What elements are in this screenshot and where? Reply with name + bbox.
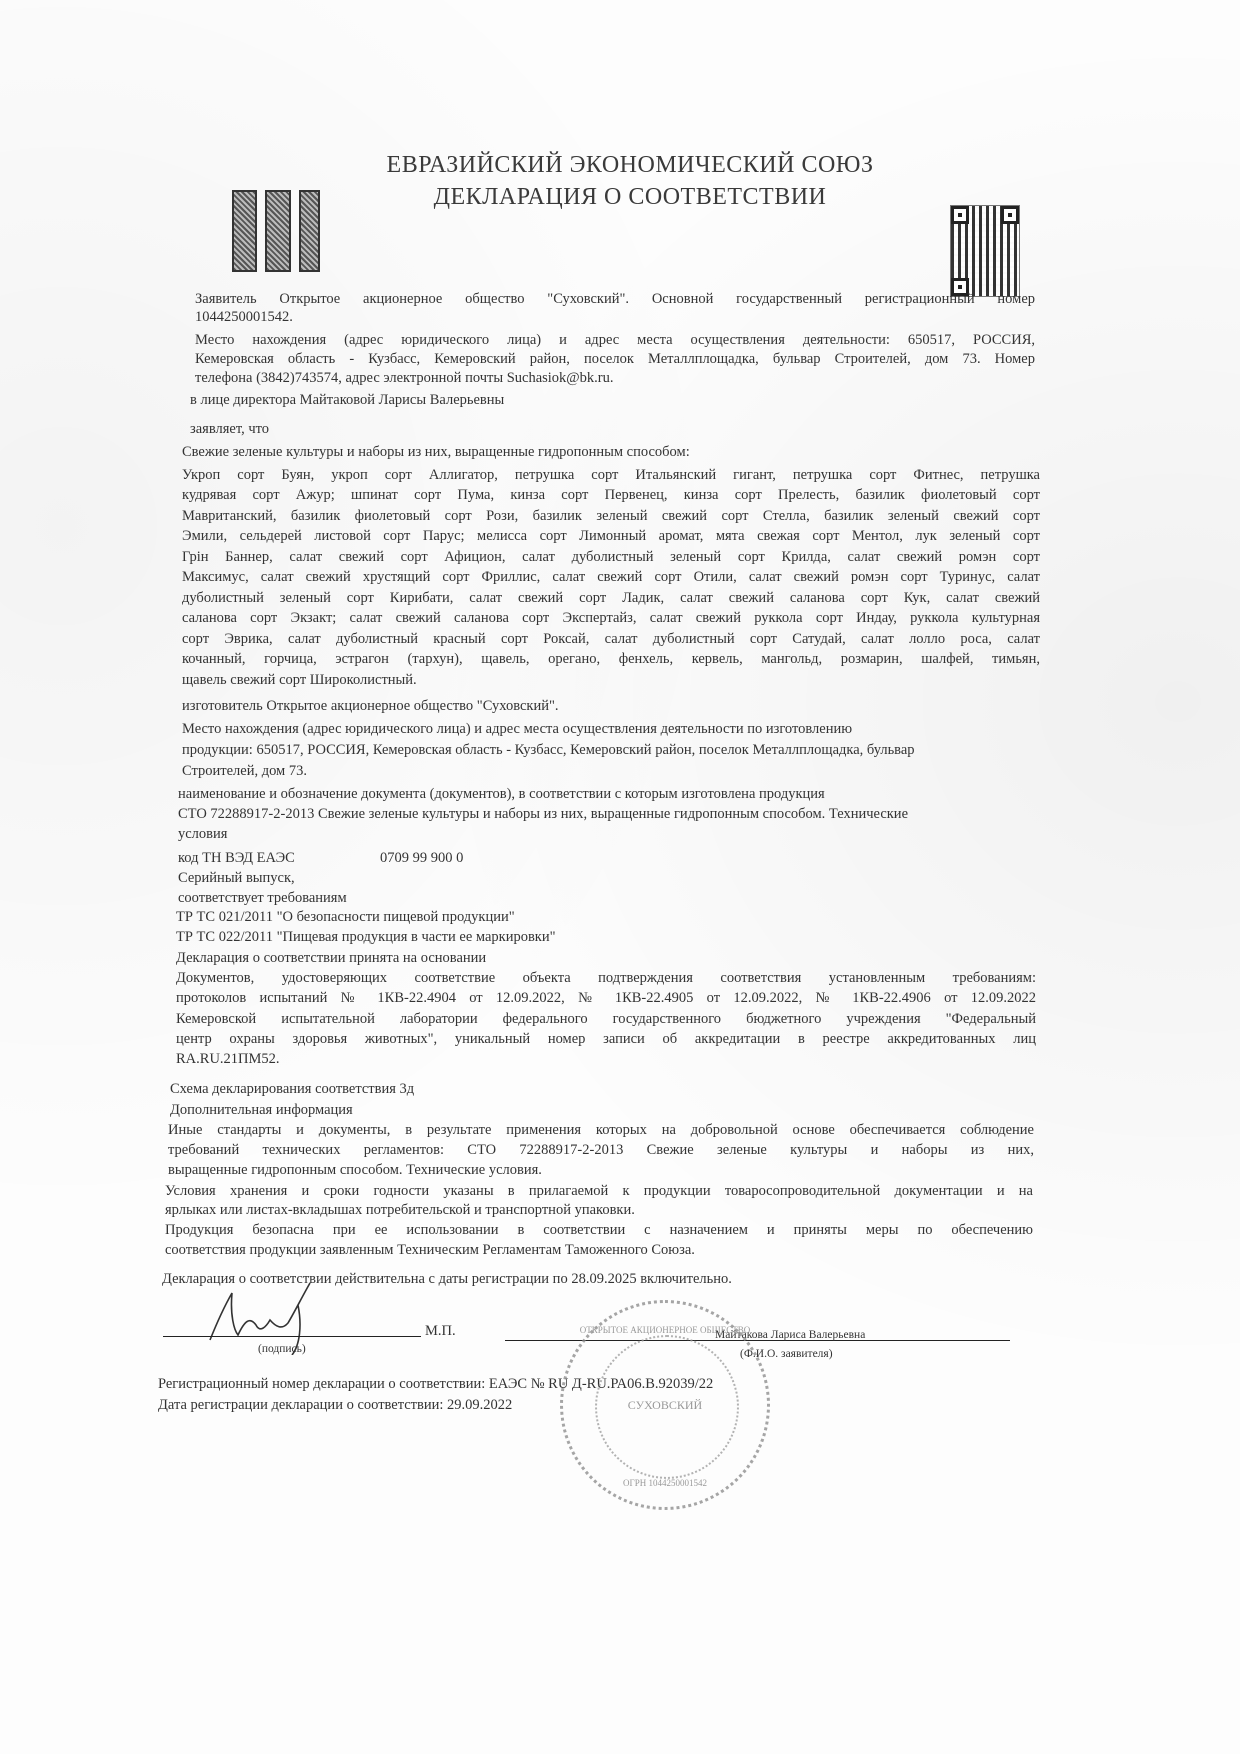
tn-ved-label: код ТН ВЭД ЕАЭС — [178, 849, 295, 867]
product-line: саланова сорт Экзакт; салат свежий салан… — [182, 609, 1040, 627]
stamp-text-top: ОТКРЫТОЕ АКЦИОНЕРНОЕ ОБЩЕСТВО — [563, 1325, 767, 1335]
signature-caption: (подпись) — [258, 1340, 306, 1358]
stamp-text-bottom: ОГРН 1044250001542 — [563, 1478, 767, 1488]
declaration-page: ЕВРАЗИЙСКИЙ ЭКОНОМИЧЕСКИЙ СОЮЗ ДЕКЛАРАЦИ… — [0, 0, 1240, 1754]
product-line: дуболистный зеленый сорт Кирибати, салат… — [182, 589, 1040, 607]
standard-document-end: условия — [178, 825, 227, 843]
additional-line: выращенные гидропонным способом. Техниче… — [168, 1161, 542, 1179]
additional-heading: Дополнительная информация — [170, 1101, 353, 1119]
seal-label: М.П. — [425, 1322, 456, 1340]
basis-line: центр охраны здоровья животных", уникаль… — [176, 1030, 1036, 1048]
applicant-address-2: Кемеровская область - Кузбасс, Кемеровск… — [195, 350, 1035, 368]
product-line: Максимус, салат свежий хрустящий сорт Фр… — [182, 568, 1040, 586]
product-line: Грін Баннер, салат свежий сорт Афицион, … — [182, 548, 1040, 566]
additional-line: Продукция безопасна при ее использовании… — [165, 1221, 1033, 1239]
qr-code-icon — [950, 205, 1020, 297]
declaration-scheme: Схема декларирования соответствия 3д — [170, 1080, 414, 1098]
additional-line: Условия хранения и сроки годности указан… — [165, 1182, 1033, 1200]
standard-document: СТО 72288917-2-2013 Свежие зеленые культ… — [178, 805, 908, 823]
stamp-text-center: СУХОВСКИЙ — [563, 1398, 767, 1413]
product-heading: Свежие зеленые культуры и наборы из них,… — [182, 443, 690, 461]
additional-line: Иные стандарты и документы, в результате… — [168, 1121, 1034, 1139]
document-title: ДЕКЛАРАЦИЯ О СООТВЕТСТВИИ — [380, 184, 880, 211]
manufacturer-address-2: продукции: 650517, РОССИЯ, Кемеровская о… — [182, 741, 915, 759]
union-title: ЕВРАЗИЙСКИЙ ЭКОНОМИЧЕСКИЙ СОЮЗ — [380, 152, 880, 179]
basis-line: Кемеровской испытательной лаборатории фе… — [176, 1010, 1036, 1028]
product-line: Мавританский, базилик фиолетовый сорт Ро… — [182, 507, 1040, 525]
product-line: сорт Эврика, салат дуболистный красный с… — [182, 630, 1040, 648]
product-line: Укроп сорт Буян, укроп сорт Аллигатор, п… — [182, 466, 1040, 484]
signature-line — [163, 1336, 421, 1337]
registration-date: Дата регистрации декларации о соответств… — [158, 1396, 512, 1414]
basis-heading: Декларация о соответствии принята на осн… — [176, 949, 486, 967]
manufacturer-line: изготовитель Открытое акционерное общест… — [182, 697, 559, 715]
product-line: кочанный, горчица, эстрагон (тархун), ща… — [182, 650, 1040, 668]
serial-release: Серийный выпуск, — [178, 869, 295, 887]
additional-line: требований технических регламентов: СТО … — [168, 1141, 1034, 1159]
tn-ved-value: 0709 99 900 0 — [380, 849, 463, 867]
basis-line: протоколов испытаний № 1КВ-22.4904 от 12… — [176, 989, 1036, 1007]
additional-line: соответствия продукции заявленным Технич… — [165, 1241, 695, 1259]
applicant-ogrn: 1044250001542. — [195, 308, 293, 326]
manufacturer-address-3: Строителей, дом 73. — [182, 762, 307, 780]
regulation-2: ТР ТС 022/2011 "Пищевая продукция в част… — [176, 928, 556, 946]
company-stamp-icon: ОТКРЫТОЕ АКЦИОНЕРНОЕ ОБЩЕСТВО СУХОВСКИЙ … — [560, 1300, 770, 1510]
accreditation-number: RA.RU.21ПМ52. — [176, 1050, 280, 1068]
applicant-director: в лице директора Майтаковой Ларисы Валер… — [190, 391, 504, 409]
additional-line: ярлыках или листах-вкладышах потребитель… — [165, 1201, 635, 1219]
applicant-contacts: телефона (3842)743574, адрес электронной… — [195, 369, 614, 387]
regulation-1: ТР ТС 021/2011 "О безопасности пищевой п… — [176, 908, 515, 926]
basis-line: Документов, удостоверяющих соответствие … — [176, 969, 1036, 987]
complies-label: соответствует требованиям — [178, 889, 347, 907]
manufacturer-address-1: Место нахождения (адрес юридического лиц… — [182, 720, 852, 738]
applicant-line: Заявитель Открытое акционерное общество … — [195, 290, 1035, 308]
applicant-address-1: Место нахождения (адрес юридического лиц… — [195, 331, 1035, 349]
standard-label: наименование и обозначение документа (до… — [178, 785, 825, 803]
declares-label: заявляет, что — [190, 420, 269, 438]
product-line: щавель свежий сорт Широколистный. — [182, 671, 417, 689]
product-line: Эмили, сельдерей листовой сорт Парус; ме… — [182, 527, 1040, 545]
eac-logo-icon — [232, 190, 320, 272]
product-line: кудрявая сорт Ажур; шпинат сорт Пума, ки… — [182, 486, 1040, 504]
